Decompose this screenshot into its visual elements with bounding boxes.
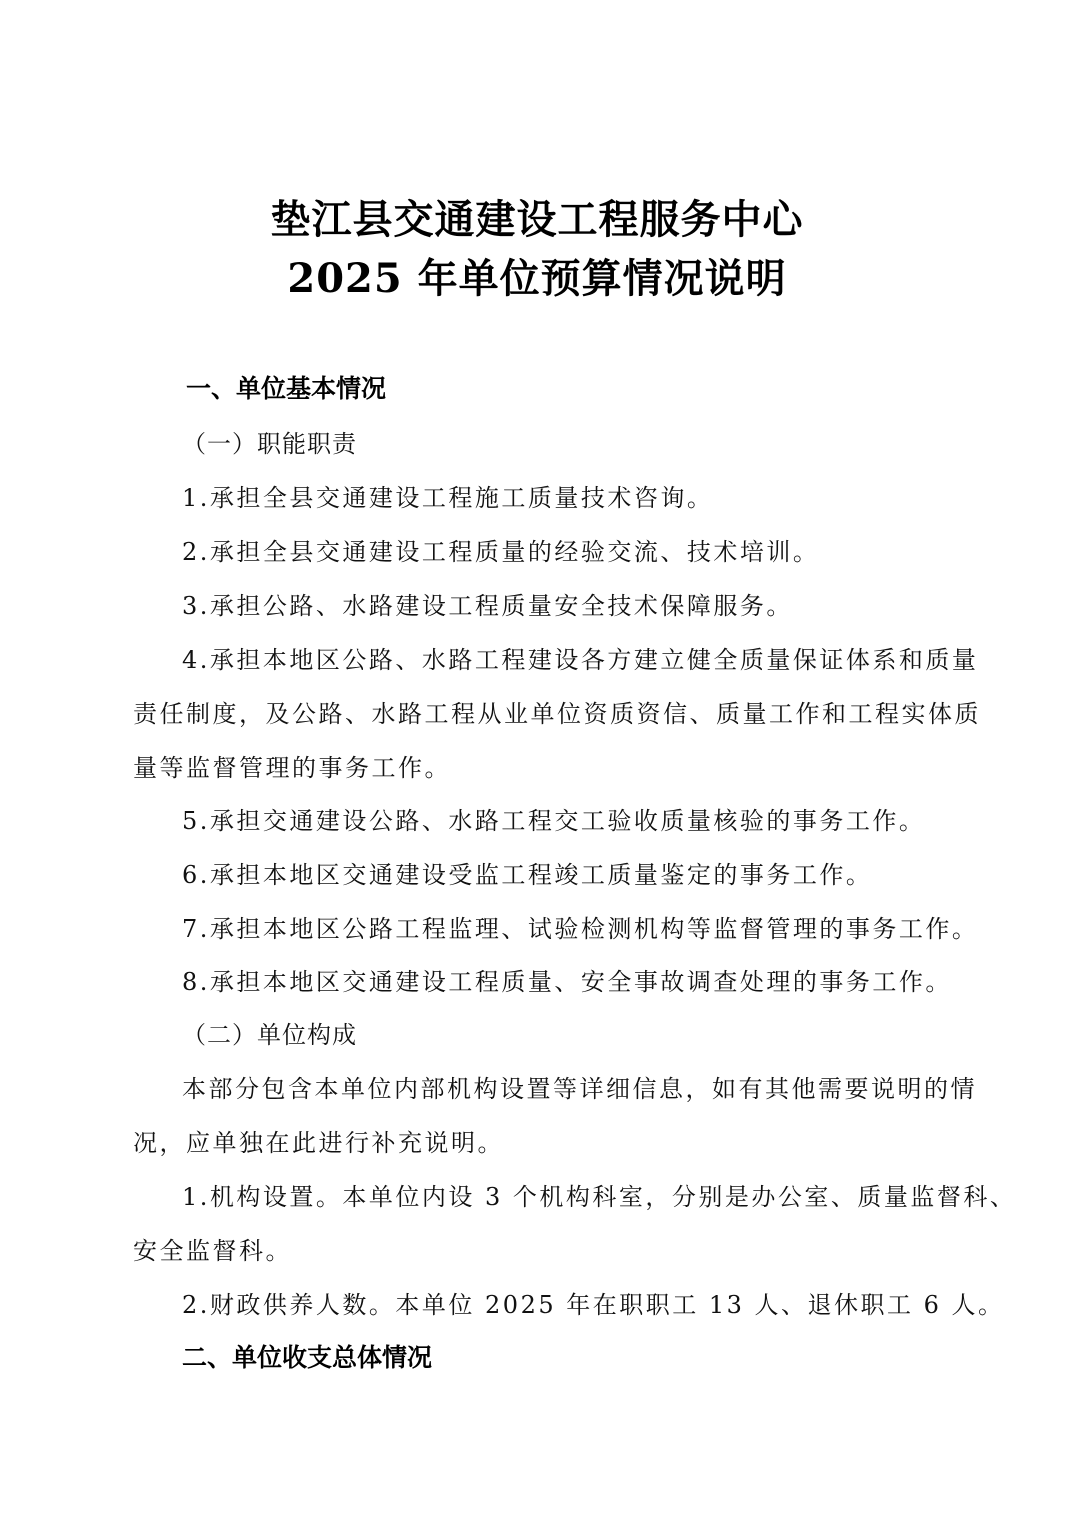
document-title-line2: 2025 年单位预算情况说明 xyxy=(0,255,1074,303)
org-setup-line1: 1.机构设置。本单位内设 3 个机构科室，分别是办公室、质量监督科、 xyxy=(182,1181,1016,1213)
composition-intro-line1: 本部分包含本单位内部机构设置等详细信息，如有其他需要说明的情 xyxy=(182,1073,977,1105)
duty-item-7: 7.承担本地区公路工程监理、试验检测机构等监督管理的事务工作。 xyxy=(182,913,978,945)
document-title-line1: 垫江县交通建设工程服务中心 xyxy=(0,196,1074,244)
section-heading-basic-info: 一、单位基本情况 xyxy=(186,373,386,405)
subsection-heading-composition: （二）单位构成 xyxy=(182,1019,357,1051)
duty-item-4-line1: 4.承担本地区公路、水路工程建设各方建立健全质量保证体系和质量 xyxy=(182,644,978,676)
composition-intro-line2: 况，应单独在此进行补充说明。 xyxy=(133,1127,504,1159)
duty-item-5: 5.承担交通建设公路、水路工程交工验收质量核验的事务工作。 xyxy=(182,805,925,837)
duty-item-6: 6.承担本地区交通建设受监工程竣工质量鉴定的事务工作。 xyxy=(182,859,872,891)
section-heading-budget-overview: 二、单位收支总体情况 xyxy=(182,1342,432,1374)
subsection-heading-duties: （一）职能职责 xyxy=(182,428,357,460)
staff-count-line: 2.财政供养人数。本单位 2025 年在职职工 13 人、退休职工 6 人。 xyxy=(182,1289,1005,1321)
document-page: 垫江县交通建设工程服务中心 2025 年单位预算情况说明 一、单位基本情况 （一… xyxy=(0,0,1074,1520)
duty-item-4-line2: 责任制度，及公路、水路工程从业单位资质资信、质量工作和工程实体质 xyxy=(133,698,981,730)
org-setup-line2: 安全监督科。 xyxy=(133,1235,292,1267)
duty-item-2: 2.承担全县交通建设工程质量的经验交流、技术培训。 xyxy=(182,536,819,568)
duty-item-8: 8.承担本地区交通建设工程质量、安全事故调查处理的事务工作。 xyxy=(182,966,952,998)
duty-item-3: 3.承担公路、水路建设工程质量安全技术保障服务。 xyxy=(182,590,793,622)
duty-item-4-line3: 量等监督管理的事务工作。 xyxy=(133,752,451,784)
duty-item-1: 1.承担全县交通建设工程施工质量技术咨询。 xyxy=(182,482,713,514)
